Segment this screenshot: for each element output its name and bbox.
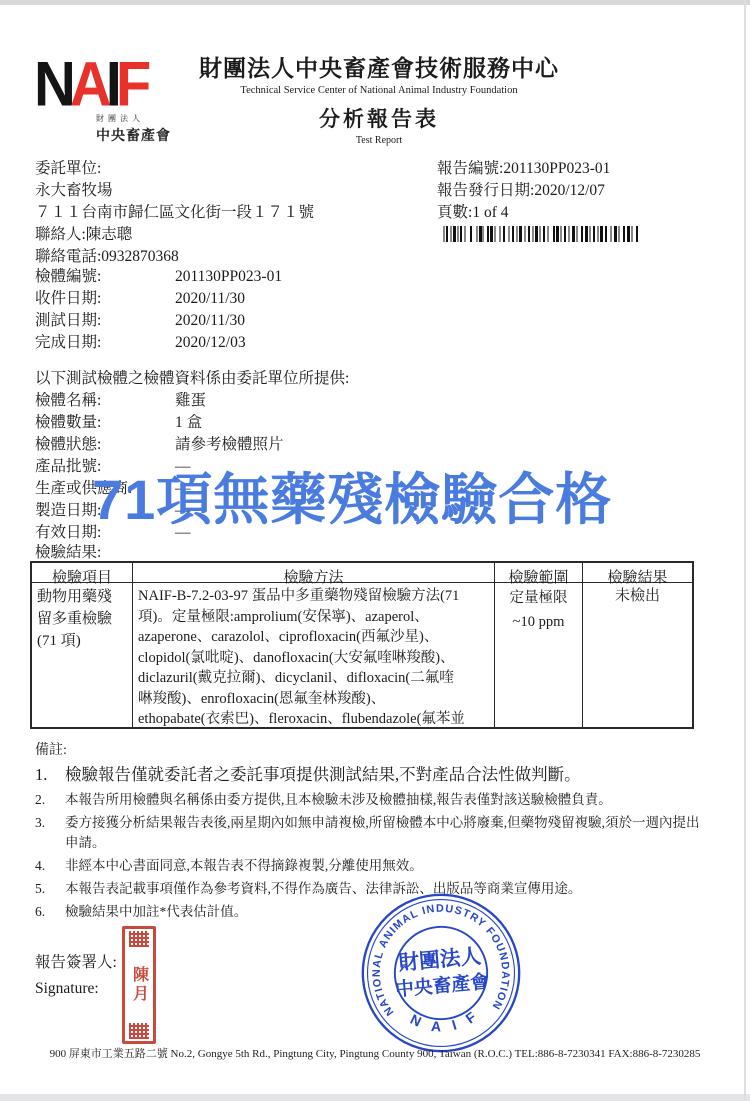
note-num: 6. — [35, 902, 65, 922]
note-num: 5. — [35, 879, 65, 899]
client-contact: 聯絡人:陳志聰 — [35, 224, 314, 246]
note-item-5: 5. 本報告表記載事項僅作為參考資料,不得作為廣告、法律訴訟、出版品等商業宣傳用… — [35, 879, 710, 899]
client-name: 永大畜牧場 — [35, 180, 314, 202]
naif-logo: NAIF 財團法人 中央畜產會 — [34, 56, 184, 145]
issue-date-row: 報告發行日期: 2020/12/07 — [437, 180, 610, 202]
col-header-range: 檢驗範圍 — [494, 563, 582, 583]
report-no-row: 報告編號: 201130PP023-01 — [437, 158, 610, 180]
received-date-value: 2020/11/30 — [175, 290, 245, 307]
issue-date-value: 2020/12/07 — [534, 180, 605, 202]
results-heading: 檢驗結果: — [35, 540, 101, 562]
signature-block: 報告簽署人: Signature: — [35, 950, 117, 1002]
note-text: 本報告所用檢體與名稱係由委方提供,且本檢驗未涉及檢體抽樣,報告表僅對該送驗檢體負… — [65, 790, 612, 810]
note-text: 非經本中心書面同意,本報告表不得摘錄複製,分離使用無效。 — [65, 856, 423, 876]
complete-date-row: 完成日期:2020/12/03 — [35, 332, 282, 354]
specimen-no-value: 201130PP023-01 — [175, 268, 282, 285]
test-date-label: 測試日期: — [35, 310, 175, 332]
page-count-value: 1 of 4 — [472, 202, 508, 224]
report-title-en: Test Report — [178, 135, 580, 146]
seal-line2: 中央畜產會 — [394, 970, 490, 1001]
specimen-no-row: 檢體編號:201130PP023-01 — [35, 266, 282, 288]
footer-address: 900 屏東市工業五路二號 No.2, Gongye 5th Rd., Ping… — [0, 1045, 750, 1061]
col-header-result: 檢驗結果 — [582, 563, 692, 583]
stamp-decor-bottom — [129, 1023, 149, 1039]
page-top-edge — [0, 0, 750, 5]
sample-qty-value: 1 盒 — [175, 414, 202, 431]
seal-line1: 財團法人 — [397, 944, 482, 975]
foundation-seal: NATIONAL ANIMAL INDUSTRY FOUNDATION N A … — [353, 885, 529, 1061]
cell-test-item: 動物用藥殘 留多重檢驗 (71 項) — [32, 583, 132, 727]
test-date-value: 2020/11/30 — [175, 312, 245, 329]
note-item-4: 4. 非經本中心書面同意,本報告表不得摘錄複製,分離使用無效。 — [35, 856, 710, 876]
sample-qty-label: 檢體數量: — [35, 412, 175, 434]
test-date-row: 測試日期:2020/11/30 — [35, 310, 282, 332]
report-title-cn: 分析報告表 — [178, 103, 580, 133]
sample-name-label: 檢體名稱: — [35, 390, 175, 412]
signature-seal-stamp: 陳月 — [122, 926, 156, 1044]
note-num: 3. — [35, 813, 65, 853]
sample-qty-row: 檢體數量:1 盒 — [35, 412, 349, 434]
cell-test-result: 未檢出 — [582, 583, 692, 727]
page-count-label: 頁數: — [437, 202, 472, 224]
stamp-decor-top — [129, 931, 149, 947]
specimen-meta: 檢體編號:201130PP023-01 收件日期:2020/11/30 測試日期… — [35, 266, 282, 354]
logo-letter-a: A — [70, 56, 106, 114]
received-date-row: 收件日期:2020/11/30 — [35, 288, 282, 310]
pass-annotation: 71項無藥殘檢驗合格 — [92, 456, 612, 536]
signer-label-cn: 報告簽署人: — [35, 950, 117, 976]
client-label: 委託單位: — [35, 158, 314, 180]
notes-heading: 備註: — [35, 739, 710, 759]
sample-state-label: 檢體狀態: — [35, 434, 175, 456]
note-item-3: 3. 委方接獲分析結果報告表後,兩星期內如無申請複檢,所留檢體本中心將廢棄,但藥… — [35, 813, 710, 853]
cell-test-range: 定量極限 ~10 ppm — [494, 583, 582, 727]
sample-name-value: 雞蛋 — [175, 392, 206, 409]
report-meta: 報告編號: 201130PP023-01 報告發行日期: 2020/12/07 … — [437, 158, 610, 224]
col-header-item: 檢驗項目 — [32, 563, 132, 583]
note-item-2: 2. 本報告所用檢體與名稱係由委方提供,且本檢驗未涉及檢體抽樣,報告表僅對該送驗… — [35, 790, 710, 810]
stamp-characters: 陳月 — [128, 966, 151, 1004]
barcode — [443, 226, 639, 247]
report-no-value: 201130PP023-01 — [503, 158, 610, 180]
logo-letter-i: I — [106, 56, 116, 114]
issue-date-label: 報告發行日期: — [437, 180, 534, 202]
org-title-en: Technical Service Center of National Ani… — [178, 85, 580, 96]
note-item-1: 1. 檢驗報告僅就委託者之委託事項提供測試結果,不對產品合法性做判斷。 — [35, 763, 710, 786]
results-table: 檢驗項目 檢驗方法 檢驗範圍 檢驗結果 動物用藥殘 留多重檢驗 (71 項) N… — [30, 561, 694, 729]
logo-letter-f: F — [116, 56, 145, 114]
page-right-edge — [744, 0, 746, 1101]
note-text: 委方接獲分析結果報告表後,兩星期內如無申請複檢,所留檢體本中心將廢棄,但藥物殘留… — [65, 813, 710, 853]
table-row: 動物用藥殘 留多重檢驗 (71 項) NAIF-B-7.2-03-97 蛋品中多… — [32, 583, 692, 727]
org-title-cn: 財團法人中央畜產會技術服務中心 — [178, 50, 580, 83]
page-count-row: 頁數: 1 of 4 — [437, 202, 610, 224]
note-text: 檢驗結果中加註*代表估計值。 — [65, 902, 247, 922]
specimen-no-label: 檢體編號: — [35, 266, 175, 288]
svg-text:N A I F: N A I F — [407, 1005, 484, 1038]
seal-naif-text: N A I F — [407, 1005, 484, 1038]
complete-date-value: 2020/12/03 — [175, 334, 246, 351]
page-bottom-edge — [0, 1094, 750, 1101]
received-date-label: 收件日期: — [35, 288, 175, 310]
signer-label-en: Signature: — [35, 976, 117, 1002]
report-no-label: 報告編號: — [437, 158, 503, 180]
client-address: ７１１台南市歸仁區文化街一段１７１號 — [35, 202, 314, 224]
sample-state-row: 檢體狀態:請參考檢體照片 — [35, 434, 349, 456]
client-info: 委託單位: 永大畜牧場 ７１１台南市歸仁區文化街一段１７１號 聯絡人:陳志聰 聯… — [35, 158, 314, 268]
col-header-method: 檢驗方法 — [132, 563, 494, 583]
provided-heading: 以下測試檢體之檢體資料係由委託單位所提供: — [35, 368, 349, 390]
note-num: 2. — [35, 790, 65, 810]
test-report-page: NAIF 財團法人 中央畜產會 財團法人中央畜產會技術服務中心 Technica… — [0, 0, 750, 1101]
results-table-header: 檢驗項目 檢驗方法 檢驗範圍 檢驗結果 — [32, 563, 692, 583]
report-header: 財團法人中央畜產會技術服務中心 Technical Service Center… — [178, 50, 580, 146]
note-text: 檢驗報告僅就委託者之委託事項提供測試結果,不對產品合法性做判斷。 — [65, 763, 581, 786]
naif-logo-letters: NAIF — [34, 56, 184, 114]
client-phone: 聯絡電話:0932870368 — [35, 246, 314, 268]
complete-date-label: 完成日期: — [35, 332, 175, 354]
note-num: 4. — [35, 856, 65, 876]
sample-name-row: 檢體名稱:雞蛋 — [35, 390, 349, 412]
sample-state-value: 請參考檢體照片 — [175, 436, 284, 453]
logo-org-large: 中央畜產會 — [96, 125, 184, 145]
logo-letter-n: N — [34, 56, 70, 114]
note-num: 1. — [35, 763, 65, 786]
cell-test-method: NAIF-B-7.2-03-97 蛋品中多重藥物殘留檢驗方法(71 項)。定量極… — [132, 583, 494, 727]
